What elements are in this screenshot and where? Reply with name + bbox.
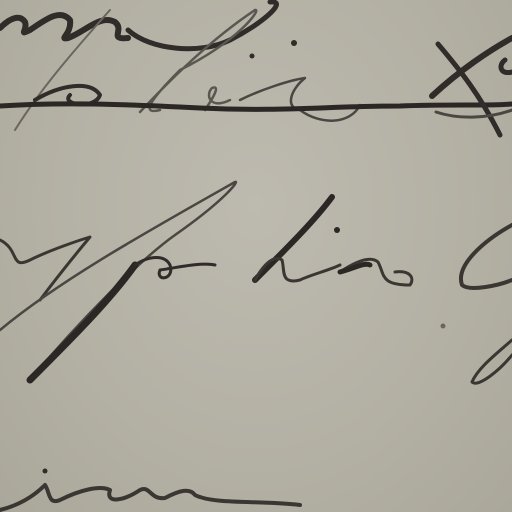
- handwriting-strokes: [0, 0, 512, 512]
- strike-through-line: [0, 104, 512, 110]
- x-mark: [432, 38, 512, 135]
- handwriting-right-curves: [461, 225, 512, 383]
- handwriting-line-3: [0, 469, 300, 511]
- paper-background: orpfolia X yfolia iam: [0, 0, 512, 512]
- handwriting-line-2: [0, 182, 412, 380]
